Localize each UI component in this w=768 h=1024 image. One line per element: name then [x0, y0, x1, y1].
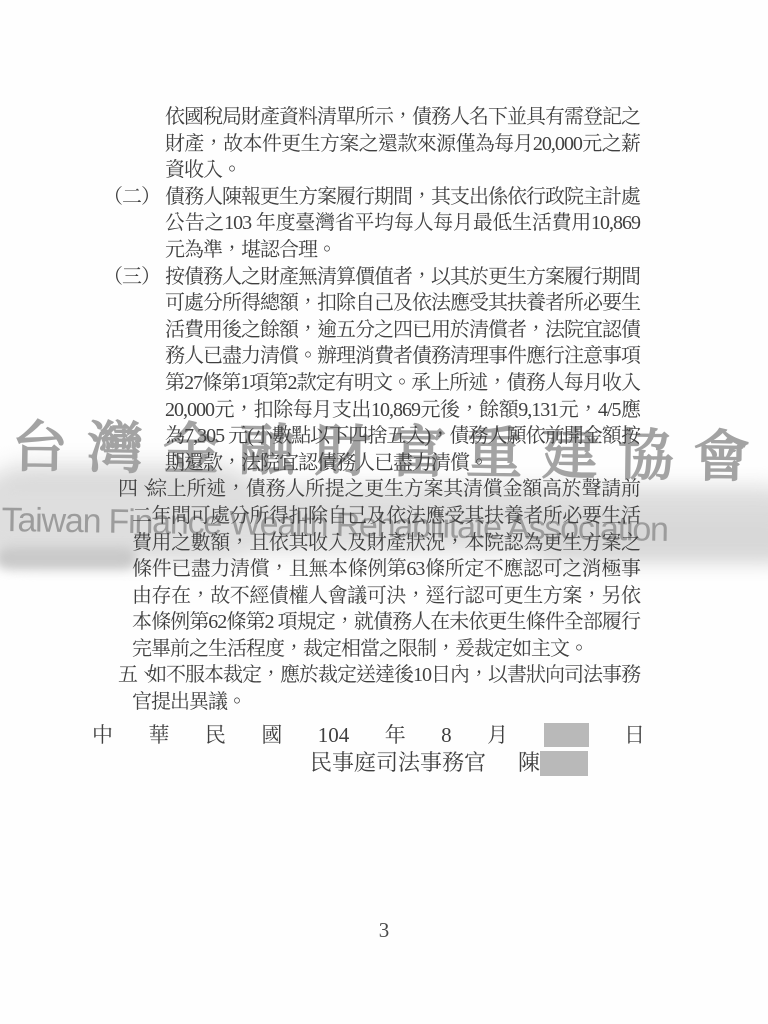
date-token: 年	[385, 722, 406, 749]
date-token: 8	[441, 722, 452, 749]
item-label: （三）	[103, 264, 160, 291]
watermark-char: 會	[693, 430, 750, 487]
date-line: 中 華 民 國 104 年 8 月 日	[92, 722, 645, 749]
redacted-name-box	[540, 751, 588, 776]
list-item-5: 五、如不服本裁定，應於裁定送達後10日內，以書狀向司法事務官提出異議。	[103, 662, 640, 715]
signature-line: 民事庭司法事務官 陳	[310, 750, 640, 777]
page-number: 3	[0, 918, 768, 943]
redacted-day-box	[544, 723, 589, 747]
list-item-3: （三）按債務人之財產無清算價值者，以其於更生方案履行期間可處分所得總額，扣除自己…	[103, 264, 640, 477]
item-text: 按債務人之財產無清算價值者，以其於更生方案履行期間可處分所得總額，扣除自己及依法…	[165, 266, 640, 474]
signer-name: 陳	[518, 750, 588, 777]
item-text: 綜上所述，債務人所提之更生方案其清償金額高於聲請前二年間可處分所得扣除自己及依法…	[132, 478, 640, 660]
date-token: 104	[318, 722, 350, 749]
date-token: 日	[624, 722, 645, 749]
date-token: 中	[92, 722, 113, 749]
date-token: 民	[205, 722, 226, 749]
list-item-4: 四、綜上所述，債務人所提之更生方案其清償金額高於聲請前二年間可處分所得扣除自己及…	[103, 476, 640, 662]
item-text: 債務人陳報更生方案履行期間，其支出係依行政院主計處公告之103 年度臺灣省平均每…	[165, 186, 640, 261]
signer-surname: 陳	[518, 750, 540, 777]
item-label: 四、	[103, 476, 156, 503]
date-token: 國	[261, 722, 282, 749]
date-token: 華	[148, 722, 169, 749]
item-label: （二）	[103, 184, 160, 211]
list-item-2: （二）債務人陳報更生方案履行期間，其支出係依行政院主計處公告之103 年度臺灣省…	[103, 184, 640, 264]
intro-paragraph: 依國稅局財產資料清單所示，債務人名下並具有需登記之財產，故本件更生方案之還款來源…	[165, 104, 640, 184]
document-body: 依國稅局財產資料清單所示，債務人名下並具有需登記之財產，故本件更生方案之還款來源…	[103, 104, 640, 777]
scanned-court-document-page: 台 灣 金 融 財 富 重 建 協 會 Taiwan Finance Wealt…	[0, 0, 768, 1024]
item-text: 如不服本裁定，應於裁定送達後10日內，以書狀向司法事務官提出異議。	[132, 664, 640, 713]
signer-title: 民事庭司法事務官	[310, 750, 486, 777]
item-label: 五、	[103, 662, 156, 689]
date-token: 月	[487, 722, 508, 749]
